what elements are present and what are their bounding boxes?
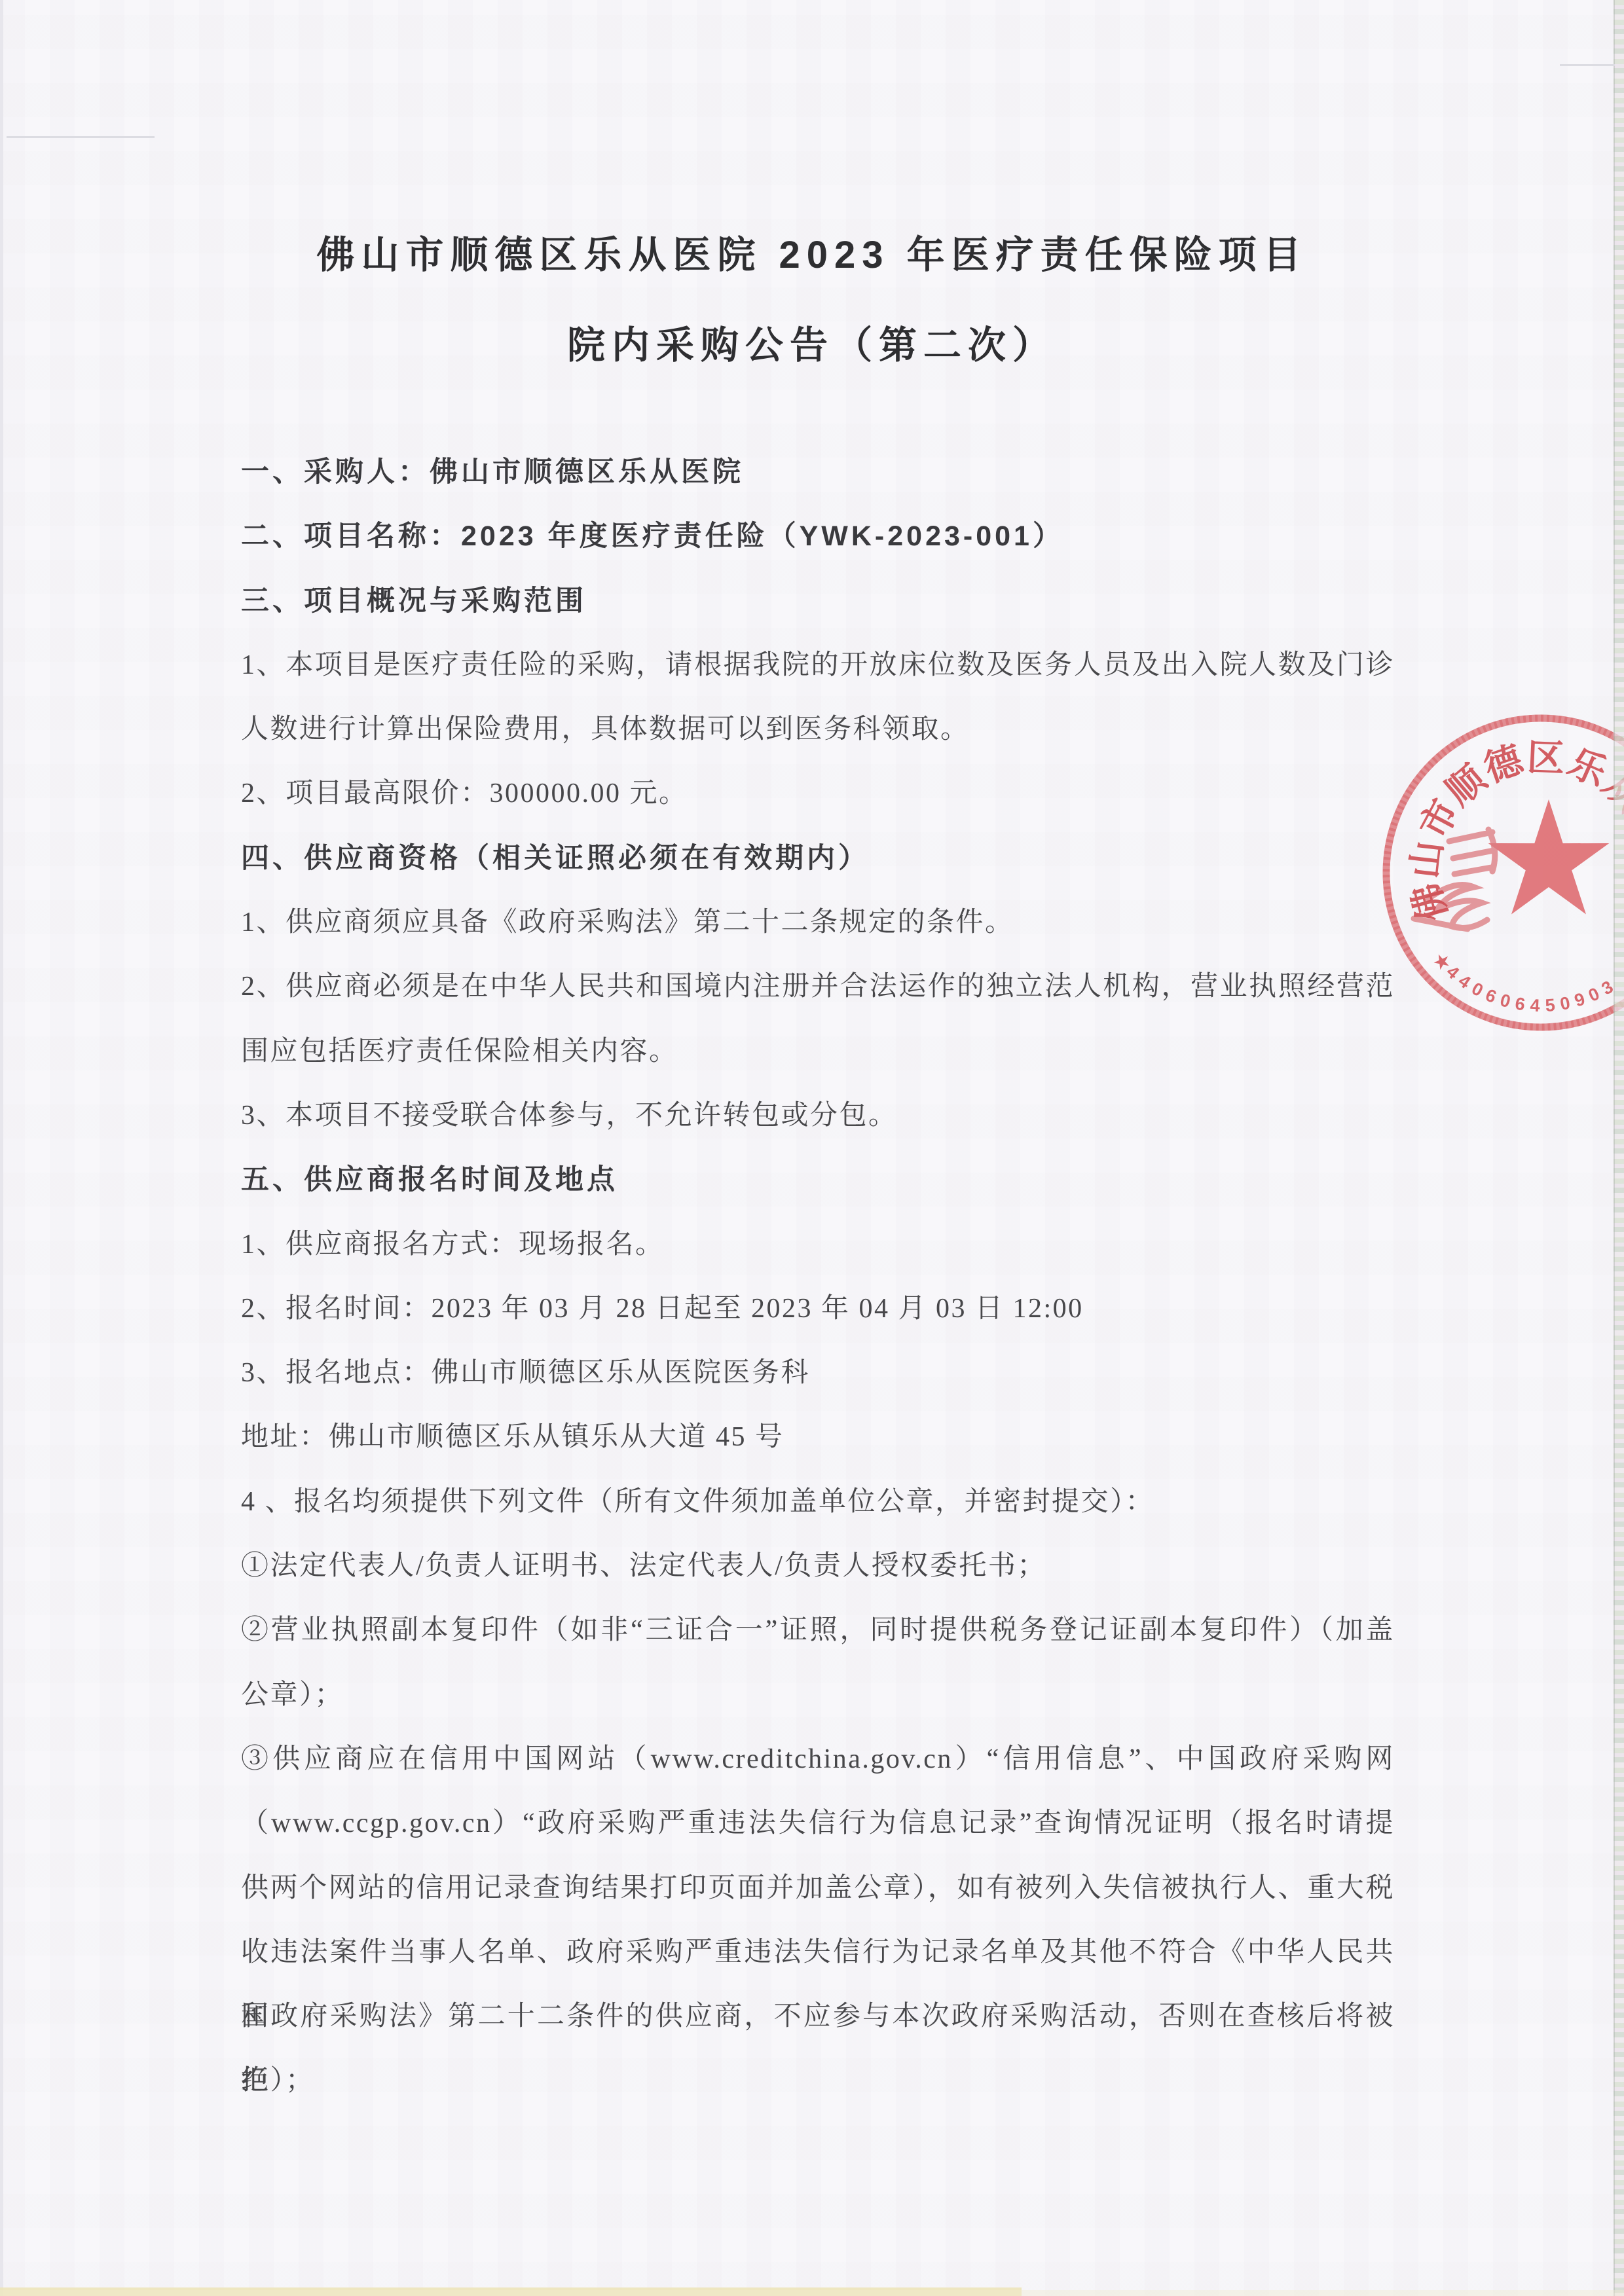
hospital-official-seal: 佛山市顺德区乐从医院 ★440606450903 (1371, 702, 1624, 1069)
seal-number-char: 3 (1598, 977, 1616, 998)
paragraph-line: 公章）； (241, 1663, 1395, 1727)
paragraph-line: 围应包括医疗责任保险相关内容。 (241, 1019, 1395, 1084)
section-heading-line: 一、采购人：佛山市顺德区乐从医院 (241, 440, 1395, 504)
paragraph-line: 人数进行计算出保险费用，具体数据可以到医务科领取。 (241, 697, 1395, 761)
document-body: 一、采购人：佛山市顺德区乐从医院二、项目名称：2023 年度医疗责任险（YWK-… (241, 440, 1395, 2113)
section-heading-line: 二、项目名称：2023 年度医疗责任险（YWK-2023-001） (241, 504, 1395, 568)
seal-arc-char: 山 (1404, 839, 1450, 881)
paragraph-line: 2、项目最高限价：300000.00 元。 (241, 761, 1395, 826)
paragraph-line: 2、报名时间：2023 年 03 月 28 日起至 2023 年 04 月 03… (241, 1277, 1395, 1341)
paragraph-line: 4 、报名均须提供下列文件（所有文件须加盖单位公章，并密封提交）： (241, 1470, 1395, 1534)
paragraph-line: 地址：佛山市顺德区乐从镇乐从大道 45 号 (241, 1405, 1395, 1469)
document-title-line1: 佛山市顺德区乐从医院 2023 年医疗责任保险项目 (0, 224, 1624, 279)
paragraph-line: ①法定代表人/负责人证明书、法定代表人/负责人授权委托书； (241, 1534, 1395, 1598)
seal-arc-char: 区 (1526, 737, 1566, 780)
section-heading-line: 四、供应商资格（相关证照必须在有效期内） (241, 826, 1395, 890)
paragraph-line: 1、供应商报名方式：现场报名。 (241, 1212, 1395, 1277)
seal-number-char: 0 (1585, 983, 1602, 1006)
paragraph-line: 收违法案件当事人名单、政府采购严重违法失信行为记录名单及其他不符合《中华人民共和 (241, 1920, 1395, 1984)
seal-number-char: 0 (1559, 993, 1572, 1013)
document-title-line2: 院内采购公告（第二次） (0, 314, 1624, 369)
seal-number-char: 9 (1572, 989, 1587, 1011)
paragraph-line: 3、本项目不接受联合体参与，不允许转包或分包。 (241, 1084, 1395, 1148)
seal-number-char: 0 (1468, 979, 1486, 1001)
seal-star-icon (1488, 799, 1610, 915)
paragraph-line: ②营业执照副本复印件（如非“三证合一”证照，同时提供税务登记证副本复印件）（加盖 (241, 1598, 1395, 1662)
paragraph-line: ③供应商应在信用中国网站（www.creditchina.gov.cn）“信用信… (241, 1727, 1395, 1791)
paragraph-line: 国政府采购法》第二十二条件的供应商，不应参与本次政府采购活动，否则在查核后将被拒 (241, 1984, 1395, 2049)
scan-line-artifact (1560, 64, 1615, 66)
paragraph-line: 2、供应商必须是在中华人民共和国境内注册并合法运作的独立法人机构，营业执照经营范 (241, 955, 1395, 1019)
paragraph-line: 绝）； (241, 2049, 1395, 2113)
paragraph-line: 1、本项目是医疗责任险的采购，请根据我院的开放床位数及医务人员及出入院人数及门诊 (241, 633, 1395, 697)
scan-line-artifact (7, 136, 155, 138)
section-heading-line: 五、供应商报名时间及地点 (241, 1148, 1395, 1212)
seal-number-char: 6 (1483, 985, 1499, 1006)
scanned-document-page: 佛山市顺德区乐从医院 2023 年医疗责任保险项目 院内采购公告（第二次） 一、… (0, 0, 1624, 2296)
paragraph-line: （www.ccgp.gov.cn）“政府采购严重违法失信行为信息记录”查询情况证… (241, 1791, 1395, 1855)
section-heading-line: 三、项目概况与采购范围 (241, 569, 1395, 633)
seal-number-char: 4 (1530, 995, 1540, 1015)
seal-number-char: 0 (1498, 990, 1513, 1011)
seal-number-char: 5 (1545, 995, 1556, 1015)
scan-bottom-strip (0, 2287, 1022, 2296)
paragraph-line: 3、报名地点：佛山市顺德区乐从医院医务科 (241, 1341, 1395, 1405)
scan-bottom-strip (0, 2290, 1624, 2296)
paragraph-line: 供两个网站的信用记录查询结果打印页面并加盖公章），如有被列入失信被执行人、重大税 (241, 1856, 1395, 1920)
seal-number-char: 6 (1514, 994, 1527, 1015)
seal-arc-text: 佛山市顺德区乐从医院 (1404, 737, 1624, 926)
paragraph-line: 1、供应商须应具备《政府采购法》第二十二条规定的条件。 (241, 890, 1395, 955)
